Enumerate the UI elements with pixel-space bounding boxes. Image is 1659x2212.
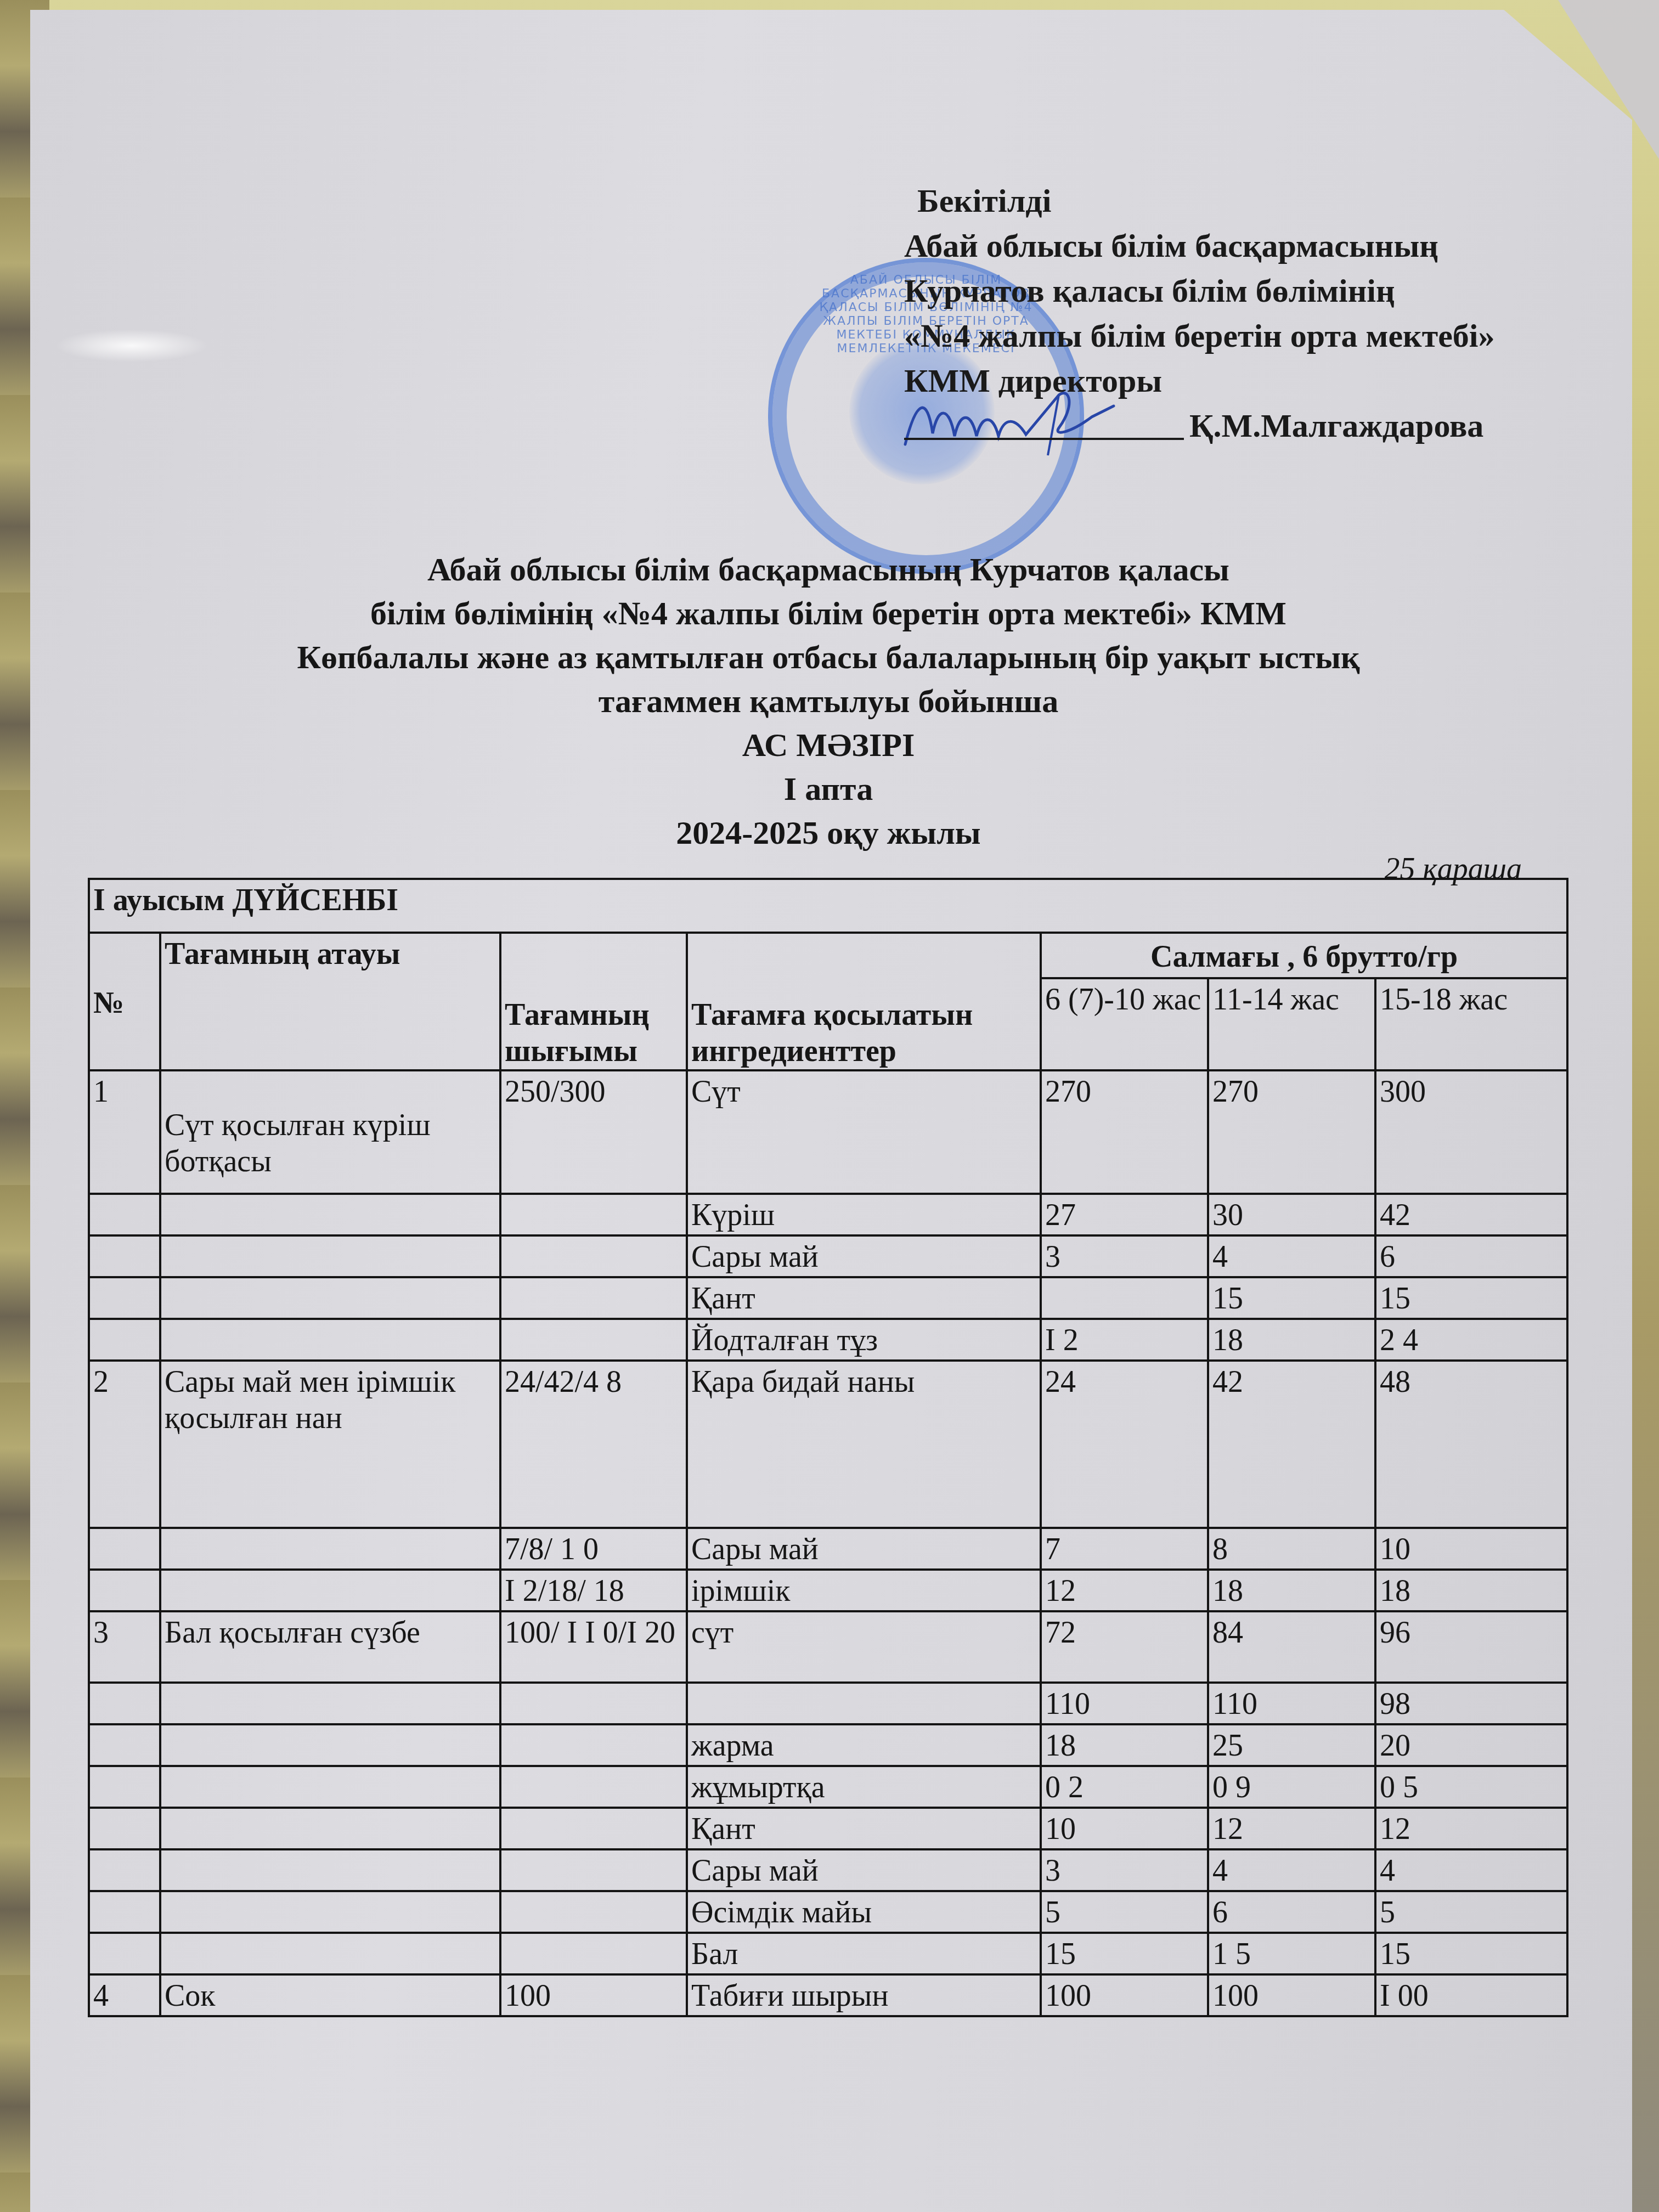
weight-age-6-10: 24 [1041, 1361, 1208, 1528]
header-dish-name: Тағамның атауы [160, 933, 500, 1070]
title-line: тағаммен қамтылуы бойынша [33, 679, 1624, 723]
weight-age-15-18: 10 [1375, 1528, 1567, 1570]
weight-age-11-14: 42 [1208, 1361, 1375, 1528]
weight-age-15-18: 0 5 [1375, 1766, 1567, 1808]
row-number [89, 1194, 160, 1235]
dish-name [160, 1570, 500, 1611]
table-row: І 2/18/ 18ірімшік121818 [89, 1570, 1567, 1611]
row-number: 3 [89, 1611, 160, 1683]
table-row: жарма182520 [89, 1724, 1567, 1766]
table-row: 4Сок100Табиғи шырын100100І 00 [89, 1974, 1567, 2016]
header-age-11-14: 11-14 жас [1208, 978, 1375, 1070]
ingredient-name: Сүт [687, 1070, 1041, 1194]
table-row: 11011098 [89, 1683, 1567, 1724]
dish-yield [500, 1724, 687, 1766]
table-row: Өсімдік майы565 [89, 1891, 1567, 1933]
row-number [89, 1766, 160, 1808]
weight-age-11-14: 4 [1208, 1849, 1375, 1891]
title-line: білім бөлімінің «№4 жалпы білім беретін … [33, 591, 1624, 635]
row-number [89, 1528, 160, 1570]
table-row: Сары май344 [89, 1849, 1567, 1891]
header-weight: Салмағы , 6 брутто/гр [1041, 933, 1567, 978]
signature-row: Қ.М.Малгаждарова [904, 403, 1494, 448]
approval-line: Абай облысы білім басқармасының [904, 223, 1494, 268]
dish-name [160, 1766, 500, 1808]
weight-age-6-10: 27 [1041, 1194, 1208, 1235]
dish-yield [500, 1891, 687, 1933]
weight-age-11-14: 100 [1208, 1974, 1375, 2016]
table-row: жұмыртқа0 20 90 5 [89, 1766, 1567, 1808]
dish-yield [500, 1933, 687, 1974]
menu-heading: АС МӘЗІРІ [33, 723, 1624, 767]
row-number: 1 [89, 1070, 160, 1194]
dish-yield: 100 [500, 1974, 687, 2016]
ingredient-name: Қант [687, 1808, 1041, 1849]
table-row: Қант101212 [89, 1808, 1567, 1849]
dish-yield [500, 1683, 687, 1724]
weight-age-15-18: 42 [1375, 1194, 1567, 1235]
dish-name [160, 1319, 500, 1361]
row-number [89, 1277, 160, 1319]
row-number [89, 1724, 160, 1766]
dish-name: Бал қосылған сүзбе [160, 1611, 500, 1683]
header-yield: Тағамның шығымы [500, 933, 687, 1070]
dish-name [160, 1724, 500, 1766]
ingredient-name: Сары май [687, 1528, 1041, 1570]
dish-name: Сок [160, 1974, 500, 2016]
weight-age-6-10: 7 [1041, 1528, 1208, 1570]
weight-age-6-10: 15 [1041, 1933, 1208, 1974]
dish-name [160, 1277, 500, 1319]
weight-age-6-10: 5 [1041, 1891, 1208, 1933]
table-row: Сары май346 [89, 1235, 1567, 1277]
school-year: 2024-2025 оқу жылы [33, 811, 1624, 855]
menu-table: І ауысым ДҮЙСЕНБІ № Тағамның атауы Тағам… [88, 878, 1568, 2017]
dish-name: Сары май мен ірімшік қосылған нан [160, 1361, 500, 1528]
row-number [89, 1235, 160, 1277]
ingredient-name: Табиғи шырын [687, 1974, 1041, 2016]
weight-age-15-18: І 00 [1375, 1974, 1567, 2016]
row-number [89, 1849, 160, 1891]
header-age-15-18: 15-18 жас [1375, 978, 1567, 1070]
row-number [89, 1570, 160, 1611]
dish-yield [500, 1319, 687, 1361]
table-row: Йодталған тұзІ 2182 4 [89, 1319, 1567, 1361]
weight-age-11-14: 270 [1208, 1070, 1375, 1194]
signatory-name: Қ.М.Малгаждарова [1189, 408, 1483, 444]
dish-yield: 7/8/ 1 0 [500, 1528, 687, 1570]
weight-age-6-10: 100 [1041, 1974, 1208, 2016]
week-label: І апта [33, 767, 1624, 811]
weight-age-11-14: 4 [1208, 1235, 1375, 1277]
row-number [89, 1808, 160, 1849]
ingredient-name [687, 1683, 1041, 1724]
signature-line [904, 438, 1184, 440]
dish-yield: І 2/18/ 18 [500, 1570, 687, 1611]
weight-age-11-14: 18 [1208, 1570, 1375, 1611]
dish-yield [500, 1849, 687, 1891]
dish-yield [500, 1808, 687, 1849]
weight-age-15-18: 12 [1375, 1808, 1567, 1849]
title-line: Абай облысы білім басқармасының Курчатов… [33, 548, 1624, 591]
weight-age-6-10: 72 [1041, 1611, 1208, 1683]
ingredient-name: ірімшік [687, 1570, 1041, 1611]
weight-age-6-10: 10 [1041, 1808, 1208, 1849]
weight-age-15-18: 300 [1375, 1070, 1567, 1194]
weight-age-6-10: 270 [1041, 1070, 1208, 1194]
weight-age-11-14: 30 [1208, 1194, 1375, 1235]
dish-yield [500, 1277, 687, 1319]
table-row: Қант1515 [89, 1277, 1567, 1319]
row-number [89, 1683, 160, 1724]
row-number: 4 [89, 1974, 160, 2016]
weight-age-15-18: 2 4 [1375, 1319, 1567, 1361]
dish-name [160, 1891, 500, 1933]
ingredient-name: сүт [687, 1611, 1041, 1683]
dish-name [160, 1808, 500, 1849]
weight-age-15-18: 20 [1375, 1724, 1567, 1766]
dish-name [160, 1933, 500, 1974]
ingredient-name: жарма [687, 1724, 1041, 1766]
weight-age-11-14: 25 [1208, 1724, 1375, 1766]
dish-name [160, 1528, 500, 1570]
shift-title: І ауысым ДҮЙСЕНБІ [89, 879, 1567, 933]
weight-age-6-10: 110 [1041, 1683, 1208, 1724]
table-row: Күріш273042 [89, 1194, 1567, 1235]
weight-age-15-18: 4 [1375, 1849, 1567, 1891]
dish-yield [500, 1235, 687, 1277]
dish-name [160, 1849, 500, 1891]
dish-name [160, 1194, 500, 1235]
approval-heading: Бекітілді [917, 178, 1494, 223]
weight-age-6-10: І 2 [1041, 1319, 1208, 1361]
dish-yield: 24/42/4 8 [500, 1361, 687, 1528]
ingredient-name: жұмыртқа [687, 1766, 1041, 1808]
ingredient-name: Йодталған тұз [687, 1319, 1041, 1361]
light-glare [55, 329, 208, 362]
weight-age-6-10: 0 2 [1041, 1766, 1208, 1808]
header-no: № [89, 933, 160, 1070]
approval-line: «№4 жалпы білім беретін орта мектебі» [904, 313, 1494, 358]
ingredient-name: Қара бидай наны [687, 1361, 1041, 1528]
ingredient-name: Сары май [687, 1849, 1041, 1891]
weight-age-6-10: 18 [1041, 1724, 1208, 1766]
dish-name [160, 1683, 500, 1724]
header-ingredients: Тағамға қосылатын ингредиенттер [687, 933, 1041, 1070]
table-row: 2Сары май мен ірімшік қосылған нан24/42/… [89, 1361, 1567, 1528]
dish-yield [500, 1766, 687, 1808]
dish-name: Сүт қосылған күріш ботқасы [160, 1070, 500, 1194]
row-number [89, 1319, 160, 1361]
ingredient-name: Күріш [687, 1194, 1041, 1235]
weight-age-11-14: 0 9 [1208, 1766, 1375, 1808]
table-row: 3Бал қосылған сүзбе100/ І І 0/І 20сүт728… [89, 1611, 1567, 1683]
table-row: Бал151 515 [89, 1933, 1567, 1974]
weight-age-11-14: 15 [1208, 1277, 1375, 1319]
header-age-6-10: 6 (7)-10 жас [1041, 978, 1208, 1070]
menu-table-body: 1Сүт қосылған күріш ботқасы250/300Сүт270… [89, 1070, 1567, 2016]
weight-age-11-14: 18 [1208, 1319, 1375, 1361]
weight-age-11-14: 84 [1208, 1611, 1375, 1683]
weight-age-11-14: 12 [1208, 1808, 1375, 1849]
weight-age-11-14: 8 [1208, 1528, 1375, 1570]
weight-age-6-10: 3 [1041, 1849, 1208, 1891]
dish-yield: 250/300 [500, 1070, 687, 1194]
approval-block: Бекітілді Абай облысы білім басқармасыны… [904, 178, 1494, 448]
ingredient-name: Сары май [687, 1235, 1041, 1277]
weight-age-15-18: 96 [1375, 1611, 1567, 1683]
title-line: Көпбалалы және аз қамтылған отбасы балал… [33, 635, 1624, 679]
weight-age-11-14: 6 [1208, 1891, 1375, 1933]
approval-line: Курчатов қаласы білім бөлімінің [904, 268, 1494, 313]
weight-age-6-10: 12 [1041, 1570, 1208, 1611]
approval-line: КММ директоры [904, 358, 1494, 403]
dish-name [160, 1235, 500, 1277]
weight-age-11-14: 1 5 [1208, 1933, 1375, 1974]
ingredient-name: Өсімдік майы [687, 1891, 1041, 1933]
weight-age-15-18: 15 [1375, 1277, 1567, 1319]
ingredient-name: Қант [687, 1277, 1041, 1319]
weight-age-6-10: 3 [1041, 1235, 1208, 1277]
ingredient-name: Бал [687, 1933, 1041, 1974]
weight-age-15-18: 6 [1375, 1235, 1567, 1277]
row-number: 2 [89, 1361, 160, 1528]
weight-age-15-18: 18 [1375, 1570, 1567, 1611]
dish-yield: 100/ І І 0/І 20 [500, 1611, 687, 1683]
row-number [89, 1933, 160, 1974]
dish-yield [500, 1194, 687, 1235]
weight-age-15-18: 48 [1375, 1361, 1567, 1528]
row-number [89, 1891, 160, 1933]
weight-age-11-14: 110 [1208, 1683, 1375, 1724]
weight-age-15-18: 98 [1375, 1683, 1567, 1724]
document-title: Абай облысы білім басқармасының Курчатов… [33, 548, 1624, 855]
table-row: 1Сүт қосылған күріш ботқасы250/300Сүт270… [89, 1070, 1567, 1194]
weight-age-15-18: 15 [1375, 1933, 1567, 1974]
weight-age-6-10 [1041, 1277, 1208, 1319]
weight-age-15-18: 5 [1375, 1891, 1567, 1933]
table-row: 7/8/ 1 0Сары май7810 [89, 1528, 1567, 1570]
